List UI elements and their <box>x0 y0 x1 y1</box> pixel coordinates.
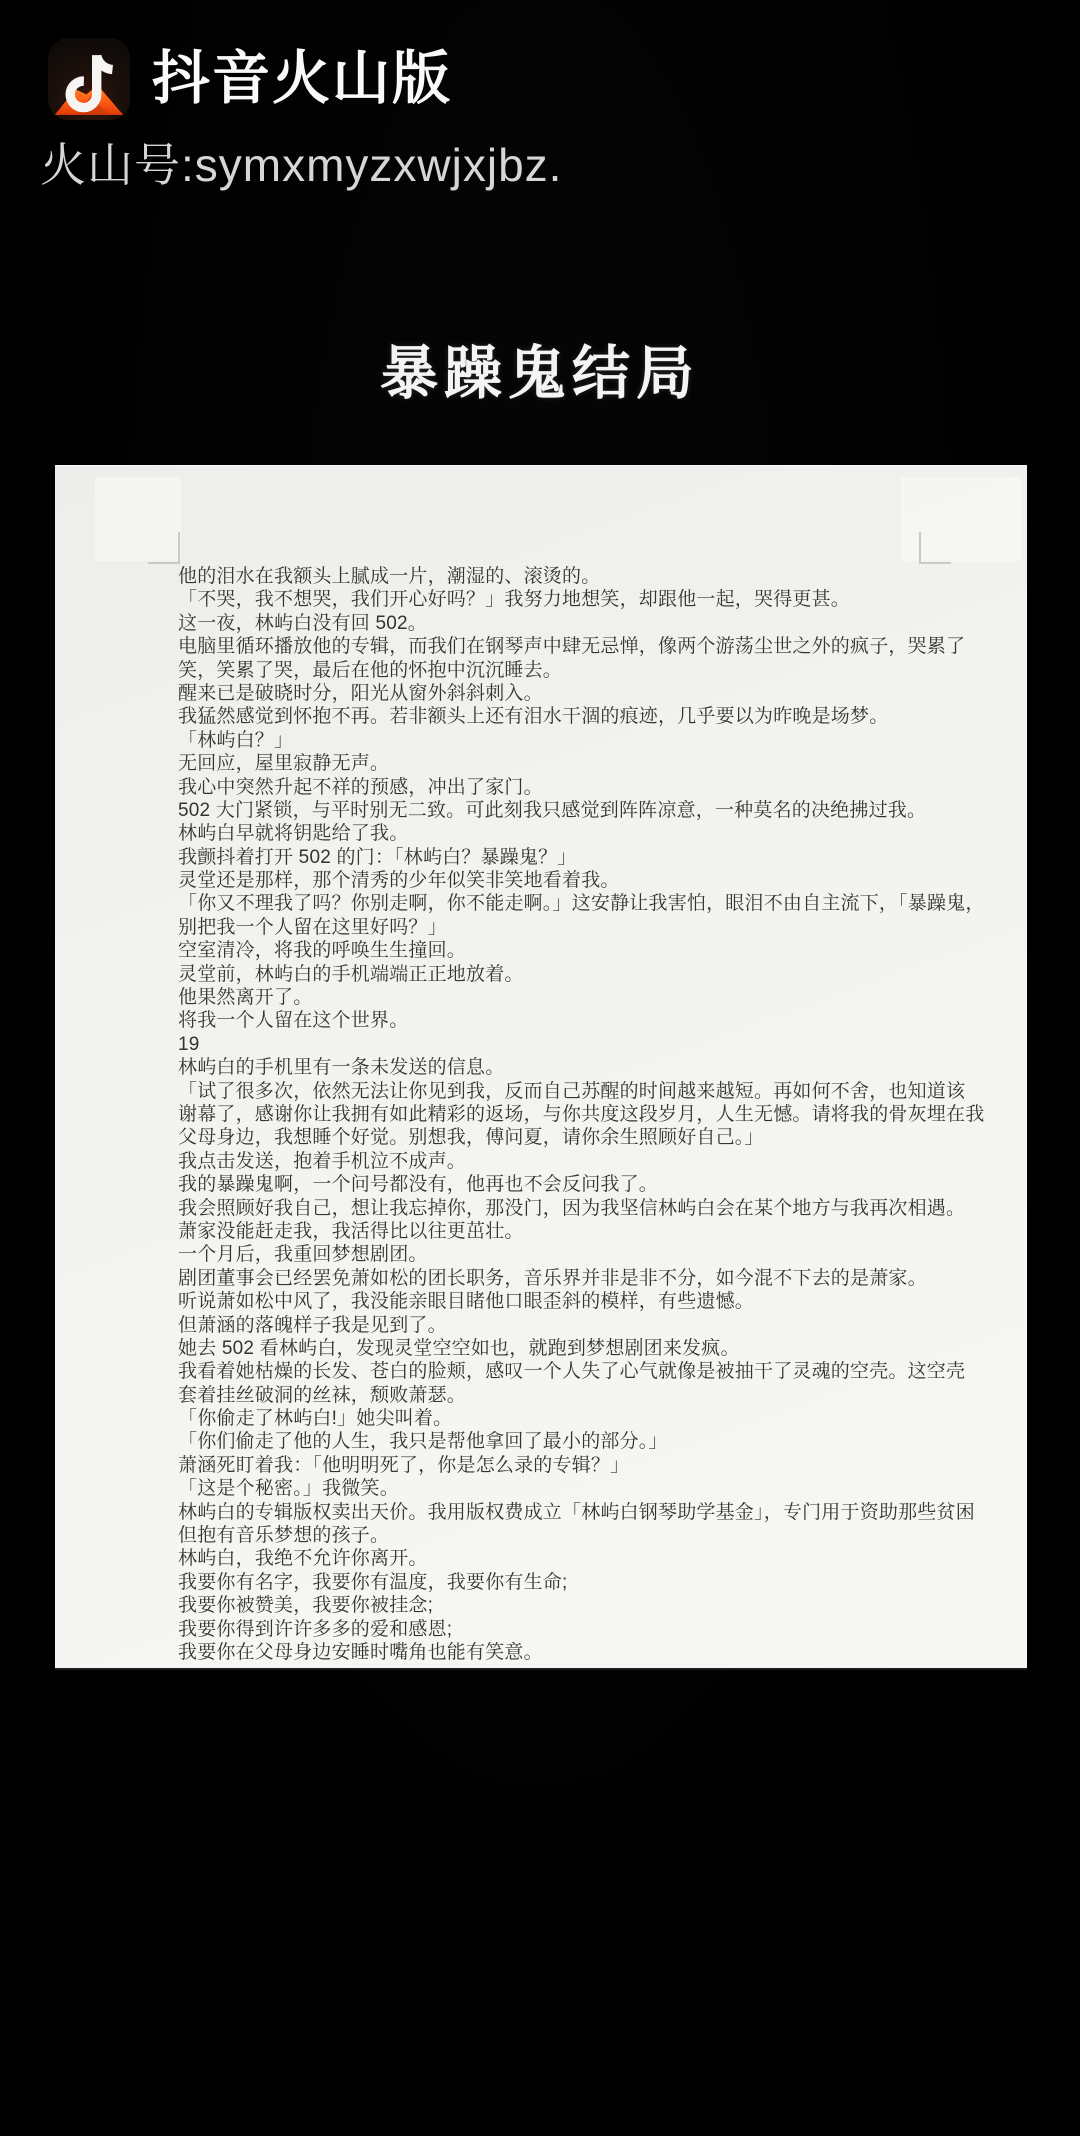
document-text-line: 这一夜，林屿白没有回 502。 <box>178 612 938 635</box>
document-text-line: 听说萧如松中风了，我没能亲眼目睹他口眼歪斜的模样，有些遗憾。 <box>178 1290 938 1313</box>
document-text-line: 「你又不理我了吗？你别走啊，你不能走啊。」这安静让我害怕，眼泪不由自主流下，「暴… <box>178 892 938 915</box>
document-text-line: 一个月后，我重回梦想剧团。 <box>178 1243 938 1266</box>
document-text-line: 将我一个人留在这个世界。 <box>178 1009 938 1032</box>
document-text-line: 林屿白的专辑版权卖出天价。我用版权费成立「林屿白钢琴助学基金」，专门用于资助那些… <box>178 1501 938 1524</box>
document-text-line: 我的暴躁鬼啊，一个问号都没有，他再也不会反问我了。 <box>178 1173 938 1196</box>
document-text-line: 「不哭，我不想哭，我们开心好吗？」我努力地想笑，却跟他一起，哭得更甚。 <box>178 588 938 611</box>
document-text-line: 我会照顾好我自己，想让我忘掉你，那没门，因为我坚信林屿白会在某个地方与我再次相遇… <box>178 1197 938 1220</box>
document-page: 他的泪水在我额头上腻成一片，潮湿的、滚烫的。「不哭，我不想哭，我们开心好吗？」我… <box>55 465 1027 1668</box>
document-text-line: 「你偷走了林屿白!」她尖叫着。 <box>178 1407 938 1430</box>
document-text-line: 我颤抖着打开 502 的门：「林屿白？暴躁鬼？」 <box>178 846 938 869</box>
document-text-line: 萧家没能赶走我，我活得比以往更茁壮。 <box>178 1220 938 1243</box>
account-id: 火山号:symxmyzxwjxjbz. <box>40 138 562 192</box>
document-text-line: 「这是个秘密。」我微笑。 <box>178 1477 938 1500</box>
document-text-line: 空室清冷，将我的呼唤生生撞回。 <box>178 939 938 962</box>
document-text-line: 套着挂丝破洞的丝袜，颓败萧瑟。 <box>178 1384 938 1407</box>
document-text-line: 醒来已是破晓时分，阳光从窗外斜斜刺入。 <box>178 682 938 705</box>
document-text-line: 他的泪水在我额头上腻成一片，潮湿的、滚烫的。 <box>178 565 938 588</box>
document-text-line: 我猛然感觉到怀抱不再。若非额头上还有泪水干涸的痕迹，几乎要以为昨晚是场梦。 <box>178 705 938 728</box>
document-text-line: 他果然离开了。 <box>178 986 938 1009</box>
video-title: 暴躁鬼结局 <box>0 340 1080 408</box>
document-text-line: 我要你得到许许多多的爱和感恩; <box>178 1618 938 1641</box>
video-frame: 抖音火山版 火山号:symxmyzxwjxjbz. 暴躁鬼结局 他的泪水在我额头… <box>0 0 1080 2136</box>
document-text-line: 林屿白，我绝不允许你离开。 <box>178 1547 938 1570</box>
document-text-line: 19 <box>178 1033 938 1056</box>
document-text-line: 电脑里循环播放他的专辑，而我们在钢琴声中肆无忌惮，像两个游荡尘世之外的疯子，哭累… <box>178 635 938 658</box>
document-text-line: 「你们偷走了他的人生，我只是帮他拿回了最小的部分。」 <box>178 1430 938 1453</box>
document-text-line: 林屿白早就将钥匙给了我。 <box>178 822 938 845</box>
document-text-line: 我点击发送，抱着手机泣不成声。 <box>178 1150 938 1173</box>
document-text-line: 萧涵死盯着我：「他明明死了，你是怎么录的专辑？」 <box>178 1454 938 1477</box>
document-text-line: 她去 502 看林屿白，发现灵堂空空如也，就跑到梦想剧团来发疯。 <box>178 1337 938 1360</box>
margin-corner-mark-left-icon <box>148 532 180 564</box>
document-text-line: 「林屿白？」 <box>178 729 938 752</box>
document-text-line: 笑，笑累了哭，最后在他的怀抱中沉沉睡去。 <box>178 659 938 682</box>
margin-corner-mark-right-icon <box>919 532 951 564</box>
document-text-line: 我要你被赞美，我要你被挂念; <box>178 1594 938 1617</box>
app-watermark: 抖音火山版 <box>48 38 452 120</box>
document-text-line: 但抱有音乐梦想的孩子。 <box>178 1524 938 1547</box>
document-text-line: 父母身边，我想睡个好觉。别想我，傅问夏，请你余生照顾好自己。」 <box>178 1126 938 1149</box>
app-name: 抖音火山版 <box>152 38 452 120</box>
douyin-volcano-logo-icon <box>48 38 130 120</box>
document-text: 他的泪水在我额头上腻成一片，潮湿的、滚烫的。「不哭，我不想哭，我们开心好吗？」我… <box>178 565 938 1664</box>
document-text-line: 灵堂前，林屿白的手机端端正正地放着。 <box>178 963 938 986</box>
document-text-line: 谢幕了，感谢你让我拥有如此精彩的返场，与你共度这段岁月，人生无憾。请将我的骨灰埋… <box>178 1103 938 1126</box>
document-text-line: 灵堂还是那样，那个清秀的少年似笑非笑地看着我。 <box>178 869 938 892</box>
document-text-line: 林屿白的手机里有一条未发送的信息。 <box>178 1056 938 1079</box>
document-text-line: 剧团董事会已经罢免萧如松的团长职务，音乐界并非是非不分，如今混不下去的是萧家。 <box>178 1267 938 1290</box>
document-text-line: 但萧涵的落魄样子我是见到了。 <box>178 1314 938 1337</box>
document-text-line: 别把我一个人留在这里好吗？」 <box>178 916 938 939</box>
document-text-line: 我看着她枯燥的长发、苍白的脸颊，感叹一个人失了心气就像是被抽干了灵魂的空壳。这空… <box>178 1360 938 1383</box>
document-text-line: 无回应，屋里寂静无声。 <box>178 752 938 775</box>
document-text-line: 我心中突然升起不祥的预感，冲出了家门。 <box>178 776 938 799</box>
document-text-line: 「试了很多次，依然无法让你见到我，反而自己苏醒的时间越来越短。再如何不舍，也知道… <box>178 1080 938 1103</box>
document-text-line: 我要你在父母身边安睡时嘴角也能有笑意。 <box>178 1641 938 1664</box>
document-text-line: 我要你有名字，我要你有温度，我要你有生命; <box>178 1571 938 1594</box>
document-text-line: 502 大门紧锁，与平时别无二致。可此刻我只感觉到阵阵凉意，一种莫名的决绝拂过我… <box>178 799 938 822</box>
